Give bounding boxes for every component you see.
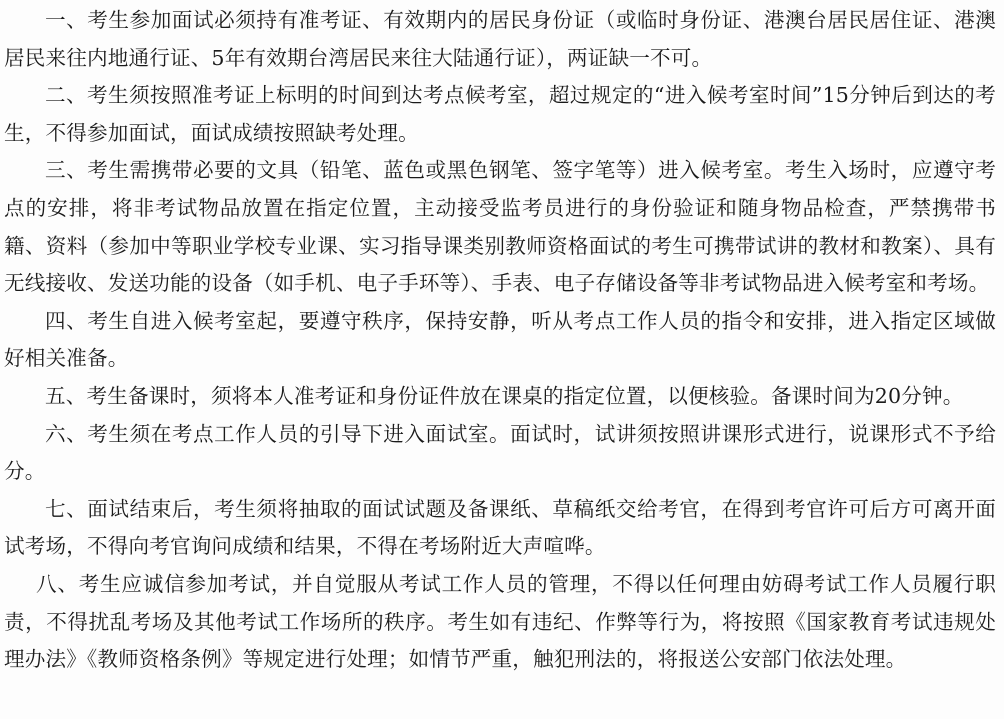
rule-paragraph-1: 一、考生参加面试必须持有准考证、有效期内的居民身份证（或临时身份证、港澳台居民居… — [4, 2, 996, 77]
rule-paragraph-7: 七、面试结束后，考生须将抽取的面试试题及备课纸、草稿纸交给考官，在得到考官许可后… — [4, 491, 996, 566]
rule-paragraph-8: 八、考生应诚信参加考试，并自觉服从考试工作人员的管理，不得以任何理由妨碍考试工作… — [4, 566, 996, 679]
rule-paragraph-2: 二、考生须按照准考证上标明的时间到达考点候考室，超过规定的“进入候考室时间”15… — [4, 77, 996, 152]
rule-paragraph-4: 四、考生自进入候考室起，要遵守秩序，保持安静，听从考点工作人员的指令和安排，进入… — [4, 303, 996, 378]
rule-paragraph-3: 三、考生需携带必要的文具（铅笔、蓝色或黑色钢笔、签字笔等）进入候考室。考生入场时… — [4, 152, 996, 302]
rule-paragraph-6: 六、考生须在考点工作人员的引导下进入面试室。面试时，试讲须按照讲课形式进行，说课… — [4, 416, 996, 491]
rule-paragraph-5: 五、考生备课时，须将本人准考证和身份证件放在课桌的指定位置，以便核验。备课时间为… — [4, 378, 996, 416]
exam-rules-document: 一、考生参加面试必须持有准考证、有效期内的居民身份证（或临时身份证、港澳台居民居… — [4, 2, 996, 679]
